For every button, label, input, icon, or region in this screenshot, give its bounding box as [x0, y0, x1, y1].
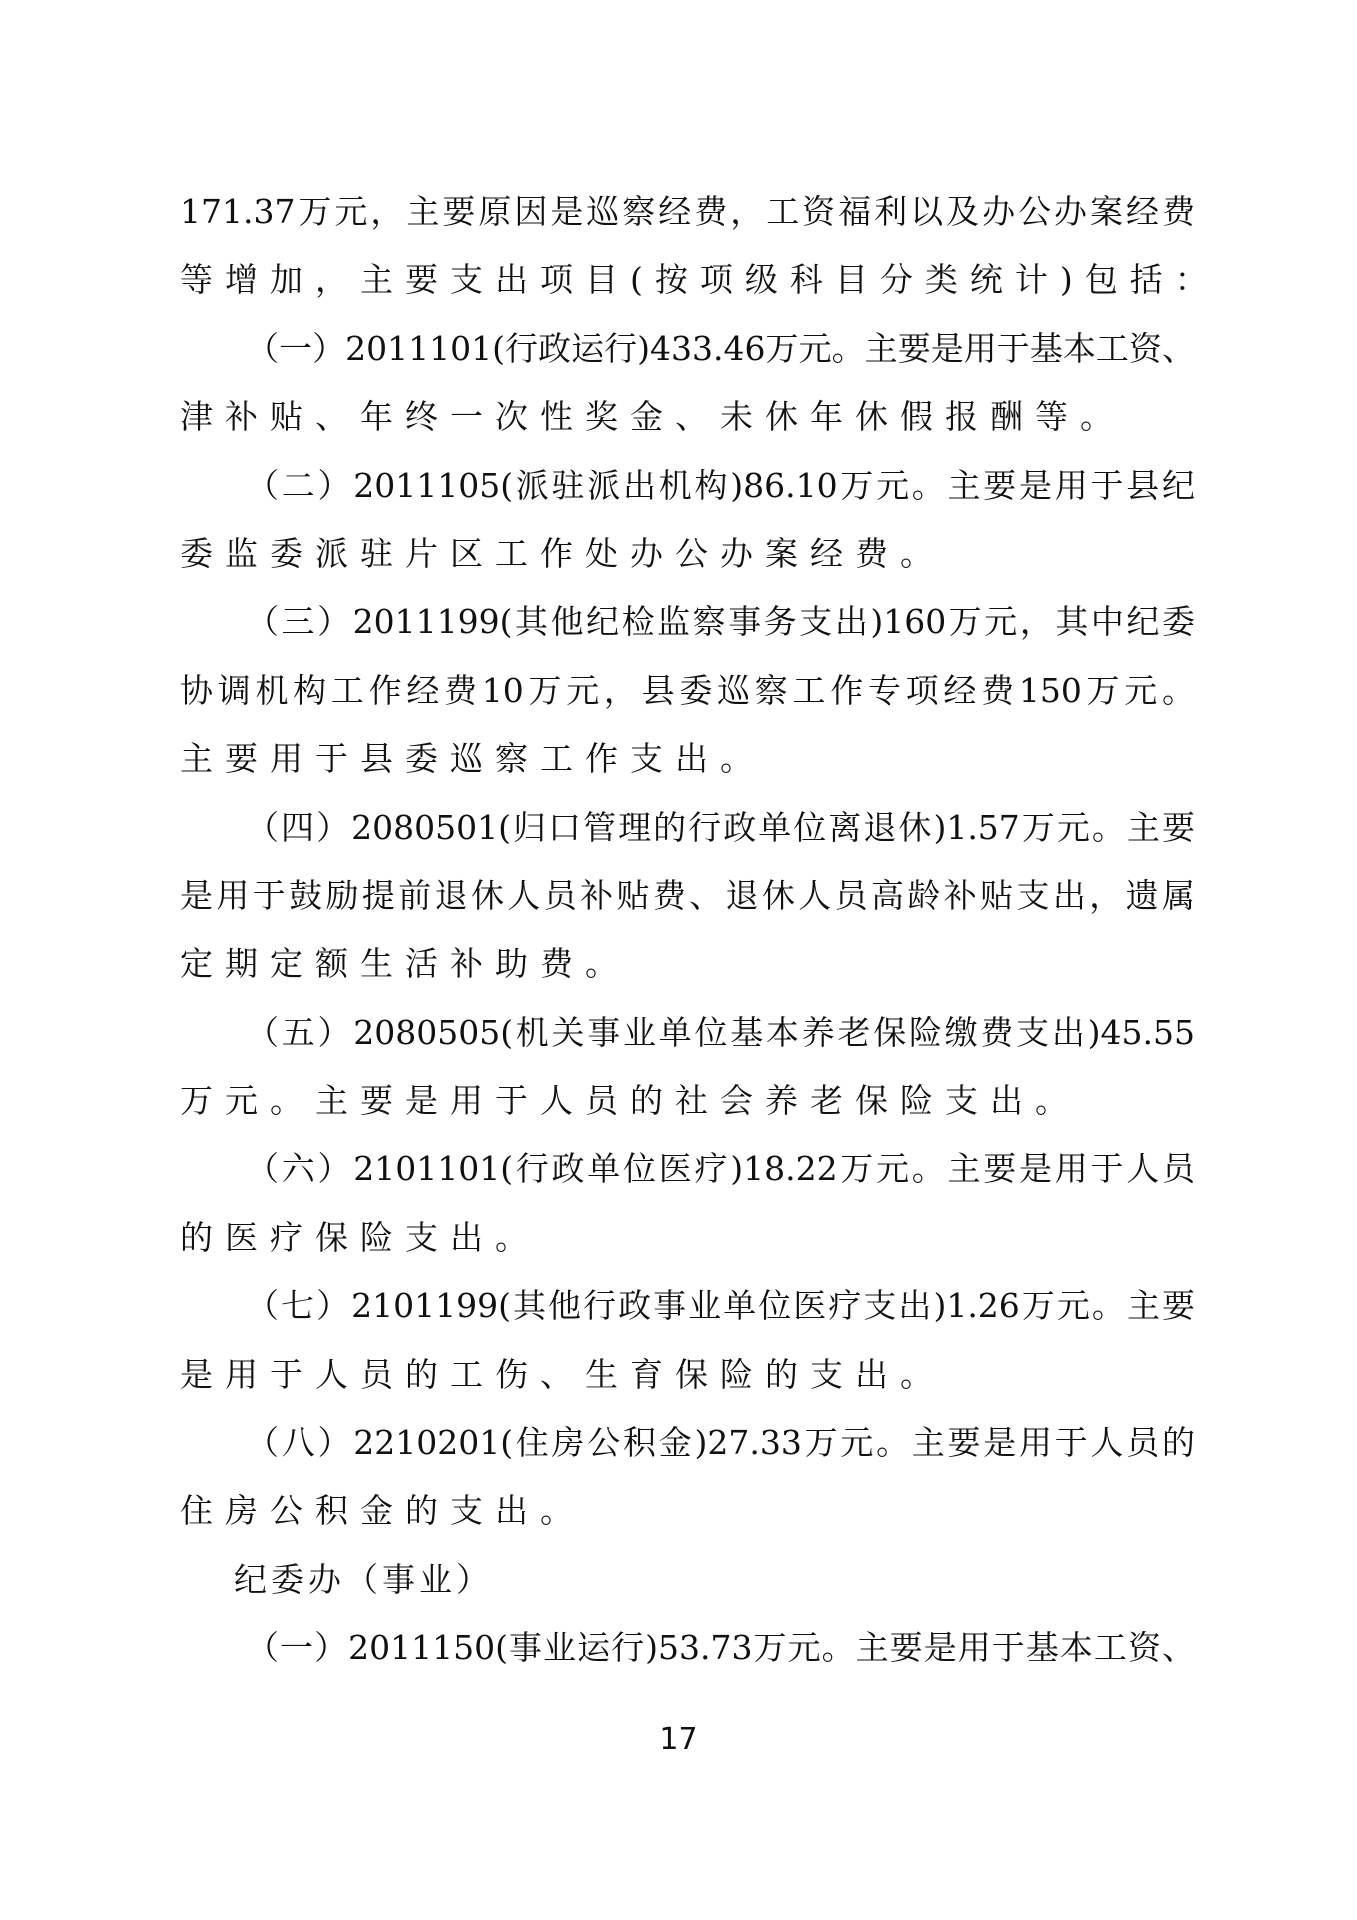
item-8-line: （八）2210201(住房公积金)27.33万元。主要是用于人员的	[180, 1409, 1195, 1477]
item-3-line: 协调机构工作经费10万元，县委巡察工作专项经费150万元。	[180, 657, 1195, 725]
item-4-line: 定期定额生活补助费。	[180, 930, 1195, 998]
item-5-line: （五）2080505(机关事业单位基本养老保险缴费支出)45.55	[180, 999, 1195, 1067]
section-item-1-line: （一）2011150(事业运行)53.73万元。主要是用于基本工资、	[180, 1614, 1195, 1682]
body-text: 171.37万元，主要原因是巡察经费，工资福利以及办公办案经费 等增加，主要支出…	[180, 178, 1195, 1683]
item-4-line: （四）2080501(归口管理的行政单位离退休)1.57万元。主要	[180, 794, 1195, 862]
item-3-line: （三）2011199(其他纪检监察事务支出)160万元，其中纪委	[180, 588, 1195, 656]
item-1-line: （一）2011101(行政运行)433.46万元。主要是用于基本工资、	[180, 315, 1195, 383]
page-number: 17	[0, 1722, 1357, 1757]
item-6-line: 的医疗保险支出。	[180, 1204, 1195, 1272]
item-6-line: （六）2101101(行政单位医疗)18.22万元。主要是用于人员	[180, 1135, 1195, 1203]
item-5-line: 万元。主要是用于人员的社会养老保险支出。	[180, 1067, 1195, 1135]
item-3-line: 主要用于县委巡察工作支出。	[180, 725, 1195, 793]
section-heading: 纪委办（事业）	[180, 1546, 1195, 1614]
item-7-line: （七）2101199(其他行政事业单位医疗支出)1.26万元。主要	[180, 1272, 1195, 1340]
item-7-line: 是用于人员的工伤、生育保险的支出。	[180, 1341, 1195, 1409]
document-page: 171.37万元，主要原因是巡察经费，工资福利以及办公办案经费 等增加，主要支出…	[0, 0, 1357, 1920]
paragraph-line: 171.37万元，主要原因是巡察经费，工资福利以及办公办案经费	[180, 178, 1195, 246]
item-2-line: 委监委派驻片区工作处办公办案经费。	[180, 520, 1195, 588]
item-4-line: 是用于鼓励提前退休人员补贴费、退休人员高龄补贴支出，遗属	[180, 862, 1195, 930]
item-2-line: （二）2011105(派驻派出机构)86.10万元。主要是用于县纪	[180, 452, 1195, 520]
item-1-line: 津补贴、年终一次性奖金、未休年休假报酬等。	[180, 383, 1195, 451]
item-8-line: 住房公积金的支出。	[180, 1477, 1195, 1545]
paragraph-line: 等增加，主要支出项目(按项级科目分类统计)包括：	[180, 246, 1195, 314]
